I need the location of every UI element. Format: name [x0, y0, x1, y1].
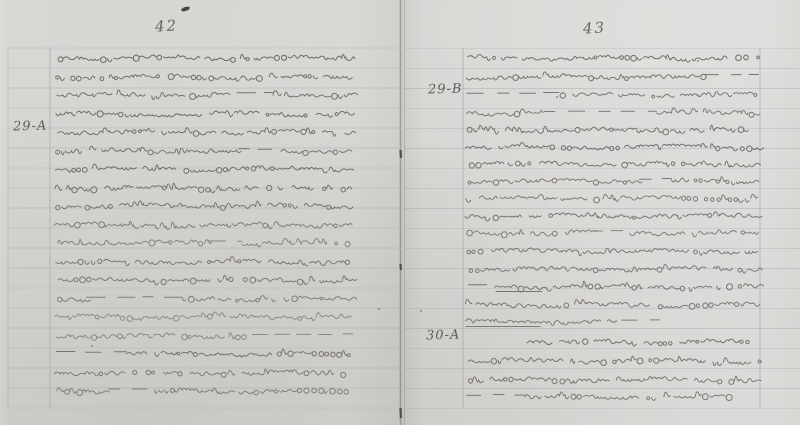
handwritten-line [468, 55, 760, 62]
page-number-right: 43 [583, 18, 607, 37]
handwritten-line [465, 300, 759, 310]
handwritten-line [466, 319, 660, 327]
handwritten-line [57, 333, 353, 340]
handwritten-line [467, 392, 732, 401]
handwritten-line [56, 201, 353, 210]
handwritten-line [467, 108, 761, 117]
handwritten-line [58, 54, 355, 62]
handwritten-line [467, 230, 758, 238]
margin-note-29b: 29-B [428, 82, 463, 98]
scan-speck [556, 96, 558, 98]
handwritten-line [467, 72, 759, 81]
handwritten-line [58, 128, 356, 137]
handwritten-line [54, 369, 346, 378]
scan-speck [697, 60, 699, 62]
handwritten-line [466, 194, 758, 203]
handwritten-line [57, 388, 349, 396]
handwritten-line [469, 281, 764, 292]
handwritten-line [56, 73, 352, 81]
handwritten-line [58, 238, 350, 246]
handwritten-line [527, 339, 749, 346]
handwritten-line [56, 256, 350, 265]
scan-speck [378, 308, 380, 310]
handwritten-line [465, 212, 762, 221]
page-number-left: 42 [155, 16, 179, 35]
scan-speck [420, 310, 422, 312]
handwritten-line [467, 248, 758, 256]
handwritten-line [55, 164, 353, 173]
handwritten-line [56, 349, 350, 357]
handwritten-line [469, 161, 760, 168]
handwritten-line [55, 312, 351, 321]
scan-speck [91, 345, 93, 347]
handwritten-line [467, 92, 757, 98]
margin-note-30a: 30-A [426, 328, 461, 344]
margin-note-29a: 29-A [13, 119, 48, 135]
ruling-and-handwriting-layer [0, 0, 800, 425]
handwritten-line [56, 111, 355, 118]
handwritten-line [57, 296, 356, 303]
scanned-notebook-spread: 42 43 29-A 29-B 30-A [0, 0, 800, 425]
handwritten-line [468, 177, 759, 185]
handwritten-line [468, 356, 761, 365]
handwritten-line [465, 143, 763, 152]
handwritten-line [57, 90, 358, 100]
handwritten-line [58, 275, 357, 285]
handwritten-line [467, 125, 748, 135]
handwritten-line [468, 376, 761, 384]
